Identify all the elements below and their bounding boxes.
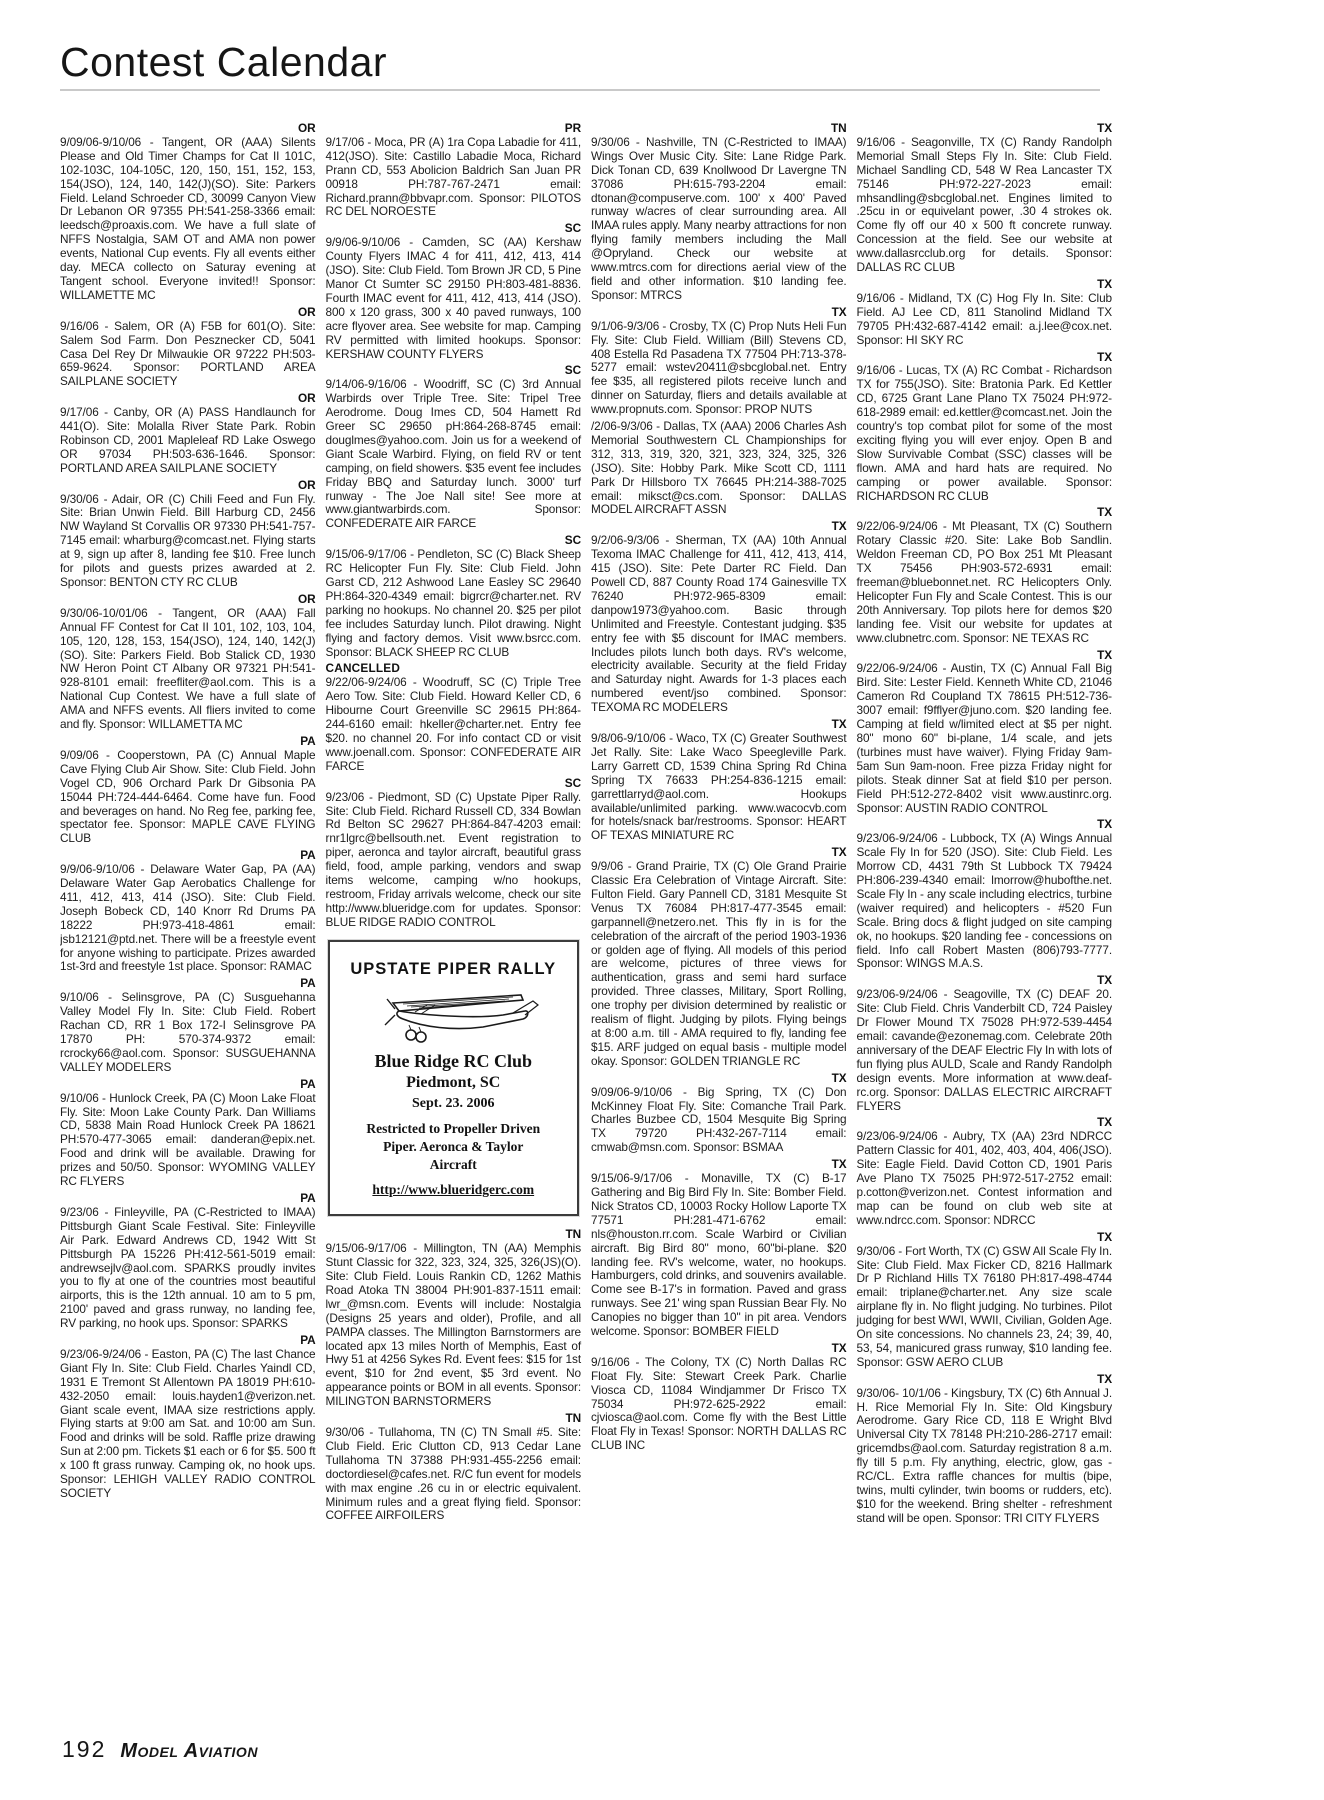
cancelled-header: CANCELLED bbox=[326, 662, 582, 676]
event-entry: SC9/9/06-9/10/06 - Camden, SC (AA) Kersh… bbox=[326, 222, 582, 361]
text-column: PR9/17/06 - Moca, PR (A) 1ra Copa Labadi… bbox=[326, 122, 582, 1722]
event-entry: TX9/2/06-9/3/06 - Sherman, TX (AA) 10th … bbox=[591, 520, 847, 715]
event-entry: TX9/23/06-9/24/06 - Lubbock, TX (A) Wing… bbox=[857, 818, 1113, 971]
state-header: TX bbox=[857, 351, 1113, 365]
state-header: PA bbox=[60, 1192, 316, 1206]
magazine-name: Model Aviation bbox=[120, 1740, 258, 1763]
state-header: TX bbox=[591, 306, 847, 320]
event-entry: TN9/30/06 - Tullahoma, TN (C) TN Small #… bbox=[326, 1412, 582, 1523]
ad-restriction: Restricted to Propeller Driven Piper. Ae… bbox=[340, 1120, 568, 1175]
event-entry: TX9/15/06-9/17/06 - Monaville, TX (C) B-… bbox=[591, 1158, 847, 1339]
event-text: 9/2/06-9/3/06 - Sherman, TX (AA) 10th An… bbox=[591, 534, 847, 715]
event-text: 9/16/06 - Salem, OR (A) F5B for 601(O). … bbox=[60, 320, 316, 390]
event-text: 9/30/06- 10/1/06 - Kingsbury, TX (C) 6th… bbox=[857, 1387, 1113, 1526]
event-entry: TX9/30/06 - Fort Worth, TX (C) GSW All S… bbox=[857, 1231, 1113, 1370]
event-entry: OR9/30/06 - Adair, OR (C) Chili Feed and… bbox=[60, 479, 316, 590]
state-header: TX bbox=[857, 278, 1113, 292]
ad-location: Piedmont, SC bbox=[340, 1074, 568, 1092]
state-header: TX bbox=[591, 1072, 847, 1086]
event-text: 9/8/06-9/10/06 - Waco, TX (C) Greater So… bbox=[591, 732, 847, 843]
event-text: 9/10/06 - Selinsgrove, PA (C) Susguehann… bbox=[60, 991, 316, 1074]
event-text: 9/09/06 - Cooperstown, PA (C) Annual Map… bbox=[60, 749, 316, 846]
event-text: 9/23/06 - Piedmont, SD (C) Upstate Piper… bbox=[326, 791, 582, 930]
event-entry: OR9/17/06 - Canby, OR (A) PASS Handlaunc… bbox=[60, 392, 316, 475]
event-entry: TX9/16/06 - Midland, TX (C) Hog Fly In. … bbox=[857, 278, 1113, 348]
state-header: PA bbox=[60, 735, 316, 749]
state-header: TX bbox=[857, 122, 1113, 136]
event-entry: SC9/14/06-9/16/06 - Woodriff, SC (C) 3rd… bbox=[326, 364, 582, 531]
event-text: 9/15/06-9/17/06 - Monaville, TX (C) B-17… bbox=[591, 1172, 847, 1339]
event-entry: TN9/15/06-9/17/06 - Millington, TN (AA) … bbox=[326, 1228, 582, 1409]
state-header: SC bbox=[326, 777, 582, 791]
event-text: 9/30/06 - Fort Worth, TX (C) GSW All Sca… bbox=[857, 1245, 1113, 1370]
state-header: OR bbox=[60, 479, 316, 493]
event-entry: TX9/23/06-9/24/06 - Seagoville, TX (C) D… bbox=[857, 974, 1113, 1113]
page-number: 192 bbox=[62, 1736, 106, 1763]
event-text: 9/15/06-9/17/06 - Millington, TN (AA) Me… bbox=[326, 1242, 582, 1409]
event-text: 9/22/06-9/24/06 - Mt Pleasant, TX (C) So… bbox=[857, 520, 1113, 645]
state-header: TX bbox=[857, 649, 1113, 663]
event-text: 9/16/06 - Midland, TX (C) Hog Fly In. Si… bbox=[857, 292, 1113, 348]
state-header: OR bbox=[60, 593, 316, 607]
event-entry: TX9/16/06 - The Colony, TX (C) North Dal… bbox=[591, 1342, 847, 1453]
ad-title: UPSTATE PIPER RALLY bbox=[340, 960, 568, 979]
state-header: SC bbox=[326, 534, 582, 548]
event-text: 9/14/06-9/16/06 - Woodriff, SC (C) 3rd A… bbox=[326, 378, 582, 531]
event-text: 9/30/06 - Adair, OR (C) Chili Feed and F… bbox=[60, 493, 316, 590]
ad-restriction-line: Piper. Aeronca & Taylor bbox=[340, 1138, 568, 1156]
state-header: TX bbox=[591, 718, 847, 732]
state-header: OR bbox=[60, 122, 316, 136]
event-entry: /2/06-9/3/06 - Dallas, TX (AAA) 2006 Cha… bbox=[591, 420, 847, 517]
event-text: 9/30/06 - Tullahoma, TN (C) TN Small #5.… bbox=[326, 1426, 582, 1523]
event-entry: PA9/9/06-9/10/06 - Delaware Water Gap, P… bbox=[60, 849, 316, 974]
event-entry: TX9/9/06 - Grand Prairie, TX (C) Ole Gra… bbox=[591, 846, 847, 1069]
event-entry: TX9/23/06-9/24/06 - Aubry, TX (AA) 23rd … bbox=[857, 1116, 1113, 1227]
event-entry: TX9/1/06-9/3/06 - Crosby, TX (C) Prop Nu… bbox=[591, 306, 847, 417]
state-header: SC bbox=[326, 222, 582, 236]
state-header: TX bbox=[591, 1158, 847, 1172]
state-header: TX bbox=[857, 1231, 1113, 1245]
event-entry: SC9/23/06 - Piedmont, SD (C) Upstate Pip… bbox=[326, 777, 582, 930]
event-text: 9/16/06 - The Colony, TX (C) North Dalla… bbox=[591, 1356, 847, 1453]
state-header: SC bbox=[326, 364, 582, 378]
event-entry: TX9/16/06 - Lucas, TX (A) RC Combat - Ri… bbox=[857, 351, 1113, 504]
event-text: 9/23/06 - Finleyville, PA (C-Restricted … bbox=[60, 1206, 316, 1331]
event-entry: PA9/23/06 - Finleyville, PA (C-Restricte… bbox=[60, 1192, 316, 1331]
event-text: 9/10/06 - Hunlock Creek, PA (C) Moon Lak… bbox=[60, 1092, 316, 1189]
event-text: 9/17/06 - Canby, OR (A) PASS Handlaunch … bbox=[60, 406, 316, 476]
event-text: 9/30/06-10/01/06 - Tangent, OR (AAA) Fal… bbox=[60, 607, 316, 732]
event-text: 9/9/06-9/10/06 - Delaware Water Gap, PA … bbox=[60, 863, 316, 974]
state-header: PA bbox=[60, 977, 316, 991]
event-text: 9/09/06-9/10/06 - Tangent, OR (AAA) Sile… bbox=[60, 136, 316, 303]
state-header: PA bbox=[60, 1334, 316, 1348]
event-entry: PA9/09/06 - Cooperstown, PA (C) Annual M… bbox=[60, 735, 316, 846]
state-header: TN bbox=[591, 122, 847, 136]
airplane-line-art-icon bbox=[363, 985, 543, 1047]
event-entry: TX9/16/06 - Seagonville, TX (C) Randy Ra… bbox=[857, 122, 1113, 275]
event-entry: PR9/17/06 - Moca, PR (A) 1ra Copa Labadi… bbox=[326, 122, 582, 219]
page-footer: 192 Model Aviation bbox=[62, 1736, 258, 1763]
ad-restriction-line: Aircraft bbox=[340, 1156, 568, 1174]
ad-restriction-line: Restricted to Propeller Driven bbox=[340, 1120, 568, 1138]
event-text: 9/22/06-9/24/06 - Woodruff, SC (C) Tripl… bbox=[326, 676, 582, 773]
calendar-columns: OR9/09/06-9/10/06 - Tangent, OR (AAA) Si… bbox=[60, 122, 1112, 1722]
event-text: 9/09/06-9/10/06 - Big Spring, TX (C) Don… bbox=[591, 1086, 847, 1156]
event-text: 9/23/06-9/24/06 - Easton, PA (C) The las… bbox=[60, 1348, 316, 1501]
state-header: TX bbox=[857, 974, 1113, 988]
state-header: TX bbox=[857, 1373, 1113, 1387]
event-text: 9/9/06-9/10/06 - Camden, SC (AA) Kershaw… bbox=[326, 236, 582, 361]
event-entry: CANCELLED9/22/06-9/24/06 - Woodruff, SC … bbox=[326, 662, 582, 773]
event-text: 9/30/06 - Nashville, TN (C-Restricted to… bbox=[591, 136, 847, 303]
event-text: 9/16/06 - Seagonville, TX (C) Randy Rand… bbox=[857, 136, 1113, 275]
event-text: 9/23/06-9/24/06 - Seagoville, TX (C) DEA… bbox=[857, 988, 1113, 1113]
state-header: TX bbox=[857, 818, 1113, 832]
text-column: TN9/30/06 - Nashville, TN (C-Restricted … bbox=[591, 122, 847, 1722]
text-column: OR9/09/06-9/10/06 - Tangent, OR (AAA) Si… bbox=[60, 122, 316, 1722]
title-rule bbox=[60, 89, 1100, 91]
event-text: 9/17/06 - Moca, PR (A) 1ra Copa Labadie … bbox=[326, 136, 582, 219]
event-text: 9/1/06-9/3/06 - Crosby, TX (C) Prop Nuts… bbox=[591, 320, 847, 417]
masthead: Contest Calendar bbox=[60, 40, 1100, 91]
event-text: 9/16/06 - Lucas, TX (A) RC Combat - Rich… bbox=[857, 364, 1113, 503]
state-header: PA bbox=[60, 849, 316, 863]
state-header: OR bbox=[60, 306, 316, 320]
event-entry: SC9/15/06-9/17/06 - Pendleton, SC (C) Bl… bbox=[326, 534, 582, 659]
state-header: TN bbox=[326, 1228, 582, 1242]
event-entry: PA9/10/06 - Selinsgrove, PA (C) Susgueha… bbox=[60, 977, 316, 1074]
state-header: TX bbox=[591, 520, 847, 534]
event-text: 9/23/06-9/24/06 - Aubry, TX (AA) 23rd ND… bbox=[857, 1130, 1113, 1227]
ad-club-name: Blue Ridge RC Club bbox=[340, 1051, 568, 1072]
text-column: TX9/16/06 - Seagonville, TX (C) Randy Ra… bbox=[857, 122, 1113, 1722]
state-header: OR bbox=[60, 392, 316, 406]
event-entry: OR9/09/06-9/10/06 - Tangent, OR (AAA) Si… bbox=[60, 122, 316, 303]
event-entry: OR9/30/06-10/01/06 - Tangent, OR (AAA) F… bbox=[60, 593, 316, 732]
state-header: TN bbox=[326, 1412, 582, 1426]
event-entry: TX9/30/06- 10/1/06 - Kingsbury, TX (C) 6… bbox=[857, 1373, 1113, 1526]
state-header: TX bbox=[591, 1342, 847, 1356]
event-entry: TX9/8/06-9/10/06 - Waco, TX (C) Greater … bbox=[591, 718, 847, 843]
event-text: 9/23/06-9/24/06 - Lubbock, TX (A) Wings … bbox=[857, 832, 1113, 971]
event-entry: PA9/23/06-9/24/06 - Easton, PA (C) The l… bbox=[60, 1334, 316, 1501]
state-header: TX bbox=[857, 506, 1113, 520]
event-text: 9/9/06 - Grand Prairie, TX (C) Ole Grand… bbox=[591, 860, 847, 1069]
event-entry: TN9/30/06 - Nashville, TN (C-Restricted … bbox=[591, 122, 847, 303]
state-header: PA bbox=[60, 1078, 316, 1092]
event-entry: OR9/16/06 - Salem, OR (A) F5B for 601(O)… bbox=[60, 306, 316, 389]
ad-date: Sept. 23. 2006 bbox=[340, 1096, 568, 1112]
event-text: 9/22/06-9/24/06 - Austin, TX (C) Annual … bbox=[857, 662, 1113, 815]
upstate-piper-rally-ad: UPSTATE PIPER RALLY Blue Ridge RC Clu bbox=[328, 940, 580, 1217]
event-entry: TX9/22/06-9/24/06 - Mt Pleasant, TX (C) … bbox=[857, 506, 1113, 645]
event-text: 9/15/06-9/17/06 - Pendleton, SC (C) Blac… bbox=[326, 548, 582, 659]
page-title: Contest Calendar bbox=[60, 40, 1100, 85]
event-entry: TX9/09/06-9/10/06 - Big Spring, TX (C) D… bbox=[591, 1072, 847, 1155]
event-text: /2/06-9/3/06 - Dallas, TX (AAA) 2006 Cha… bbox=[591, 420, 847, 517]
event-entry: PA9/10/06 - Hunlock Creek, PA (C) Moon L… bbox=[60, 1078, 316, 1189]
event-entry: TX9/22/06-9/24/06 - Austin, TX (C) Annua… bbox=[857, 649, 1113, 816]
ad-url: http://www.blueridgerc.com bbox=[340, 1182, 568, 1198]
state-header: PR bbox=[326, 122, 582, 136]
state-header: TX bbox=[857, 1116, 1113, 1130]
state-header: TX bbox=[591, 846, 847, 860]
